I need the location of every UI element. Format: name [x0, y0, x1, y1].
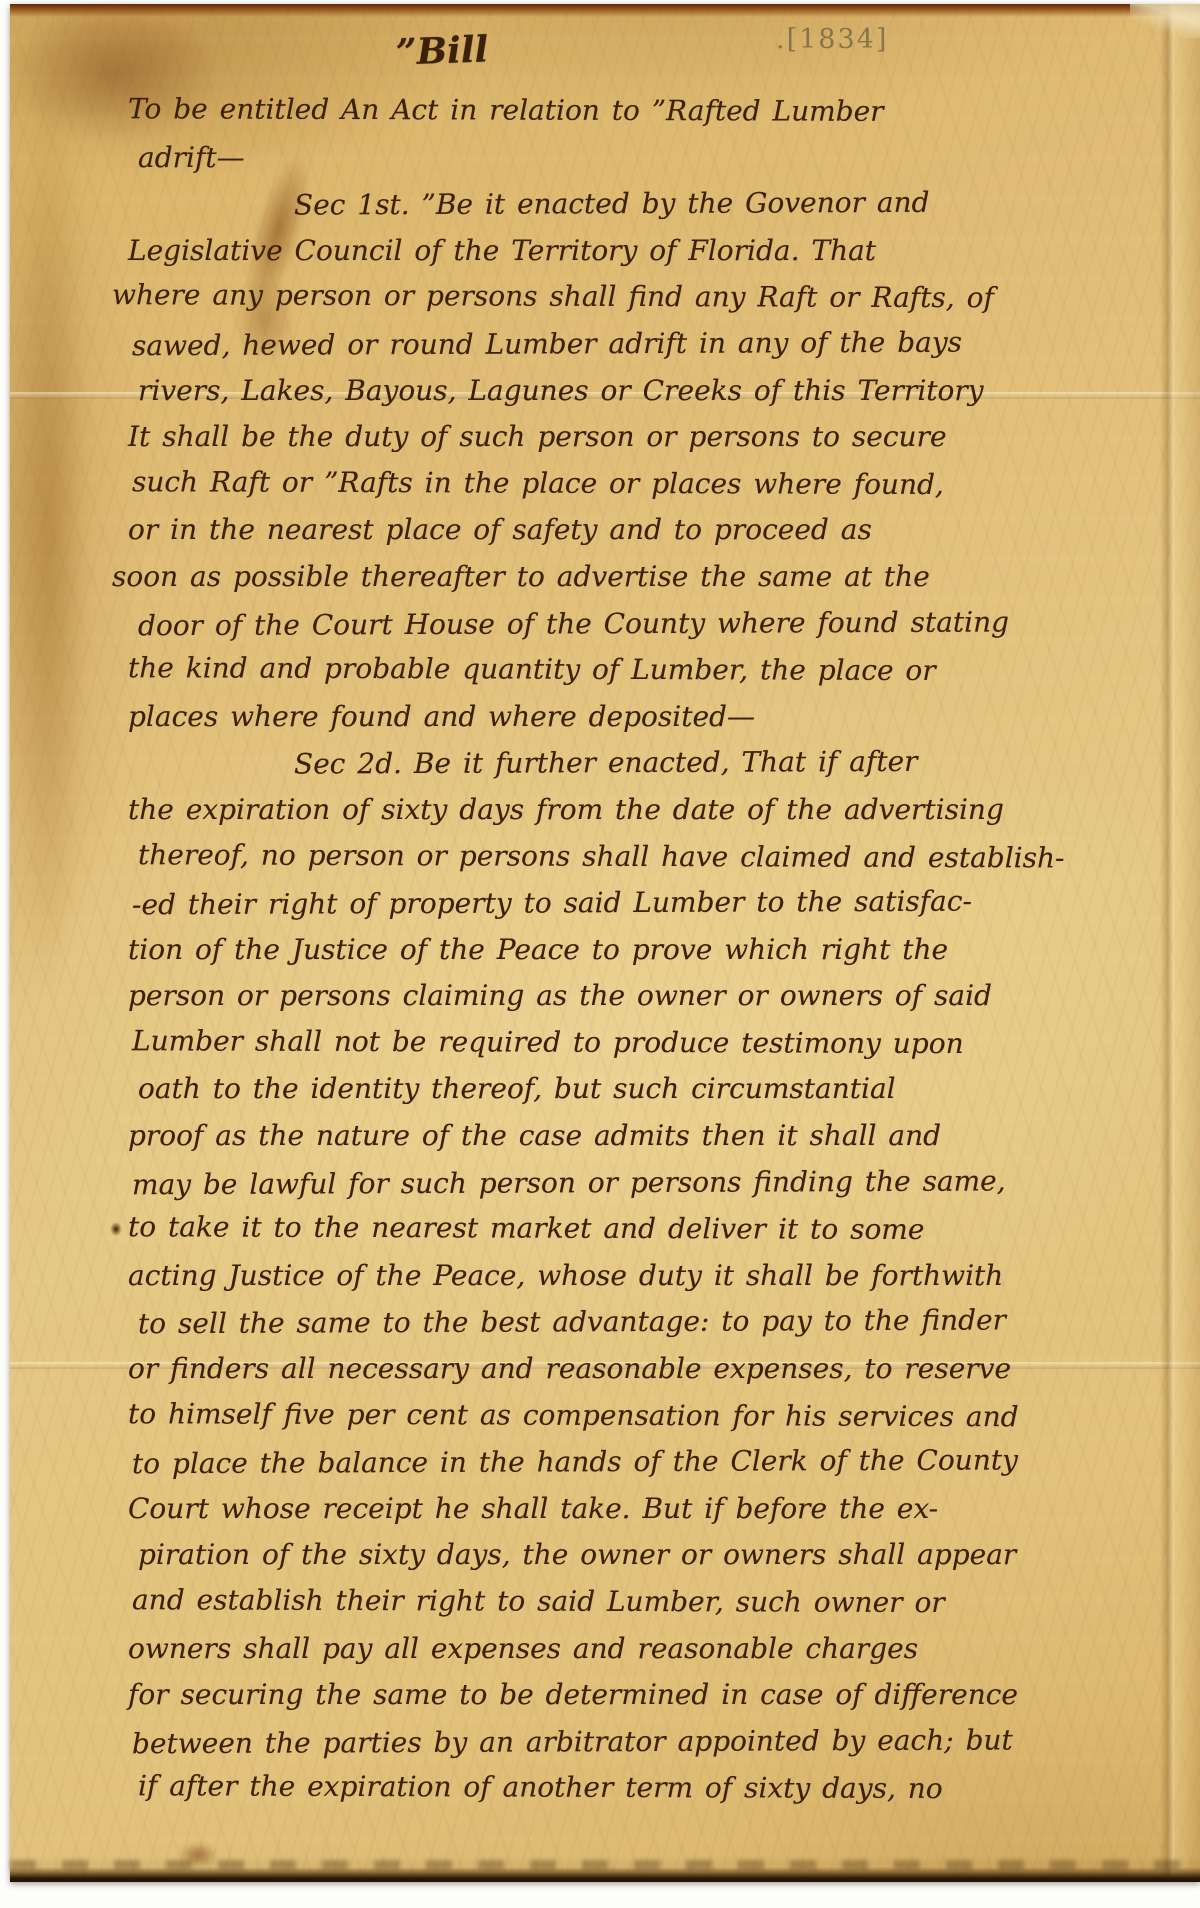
document-title: ”Bill — [395, 28, 489, 73]
manuscript-line: the expiration of sixty days from the da… — [128, 787, 1158, 834]
manuscript-line: To be entitled An Act in relation to ”Ra… — [128, 86, 1158, 136]
manuscript-lines: To be entitled An Act in relation to ”Ra… — [128, 88, 1158, 1812]
manuscript-line: where any person or persons shall find a… — [112, 273, 1158, 323]
manuscript-line: for securing the same to be determined i… — [128, 1672, 1158, 1719]
manuscript-line: and establish their right to said Lumber… — [132, 1577, 1158, 1627]
manuscript-line: Sec 2d. Be it further enacted, That if a… — [132, 738, 1158, 789]
small-ink-spot — [110, 1222, 122, 1236]
manuscript-line: to place the balance in the hands of the… — [132, 1437, 1158, 1488]
manuscript-line: piration of the sixty days, the owner or… — [138, 1532, 1158, 1579]
manuscript-line: adrift— — [138, 135, 1158, 182]
manuscript-line: to himself five per cent as compensation… — [128, 1391, 1158, 1441]
manuscript-line: thereof, no person or persons shall have… — [138, 832, 1158, 882]
manuscript-line: -ed their right of property to said Lumb… — [132, 878, 1158, 929]
manuscript-line: or finders all necessary and reasonable … — [128, 1346, 1158, 1393]
manuscript-line: door of the Court House of the County wh… — [138, 598, 1158, 649]
aged-paper-sheet: ”Bill .[1834] To be entitled An Act in r… — [10, 4, 1200, 1882]
manuscript-line: tion of the Justice of the Peace to prov… — [128, 927, 1158, 974]
manuscript-line: Sec 1st. ”Be it enacted by the Govenor a… — [132, 179, 1158, 230]
manuscript-line: between the parties by an arbitrator app… — [132, 1717, 1158, 1768]
manuscript-line: Legislative Council of the Territory of … — [128, 228, 1158, 275]
manuscript-line: if after the expiration of another term … — [138, 1764, 1158, 1814]
manuscript-line: may be lawful for such person or persons… — [132, 1157, 1158, 1208]
manuscript-line: person or persons claiming as the owner … — [128, 973, 1158, 1020]
manuscript-text-block: ”Bill .[1834] To be entitled An Act in r… — [128, 30, 1158, 1812]
manuscript-line: owners shall pay all expenses and reason… — [128, 1626, 1158, 1673]
manuscript-line: Lumber shall not be required to produce … — [132, 1018, 1158, 1068]
right-vertical-crease — [1160, 4, 1174, 1882]
manuscript-line: acting Justice of the Peace, whose duty … — [128, 1253, 1158, 1300]
right-paper-edge — [1174, 4, 1200, 1882]
left-margin-stain — [10, 74, 88, 994]
manuscript-line: the kind and probable quantity of Lumber… — [128, 645, 1158, 695]
year-annotation-pencil: .[1834] — [776, 24, 888, 55]
paper-top-burned-edge — [10, 4, 1200, 17]
manuscript-line: proof as the nature of the case admits t… — [128, 1113, 1158, 1160]
manuscript-line: to sell the same to the best advantage: … — [138, 1297, 1158, 1348]
manuscript-line: places where found and where deposited— — [128, 694, 1158, 741]
manuscript-line: such Raft or ”Rafts in the place or plac… — [132, 459, 1158, 509]
manuscript-line: to take it to the nearest market and del… — [128, 1204, 1158, 1254]
manuscript-line: sawed, hewed or round Lumber adrift in a… — [132, 319, 1158, 370]
manuscript-line: rivers, Lakes, Bayous, Lagunes or Creeks… — [138, 368, 1158, 415]
manuscript-line: soon as possible thereafter to advertise… — [112, 554, 1158, 601]
manuscript-line: or in the nearest place of safety and to… — [128, 507, 1158, 554]
heading-row: ”Bill .[1834] — [128, 30, 1158, 88]
manuscript-line: It shall be the duty of such person or p… — [128, 414, 1158, 461]
manuscript-line: Court whose receipt he shall take. But i… — [128, 1486, 1158, 1533]
manuscript-line: oath to the identity thereof, but such c… — [138, 1066, 1158, 1113]
scanned-manuscript-page: { "document": { "heading": "”Bill", "yea… — [0, 0, 1200, 1908]
paper-bottom-dark-edge — [10, 1867, 1200, 1882]
